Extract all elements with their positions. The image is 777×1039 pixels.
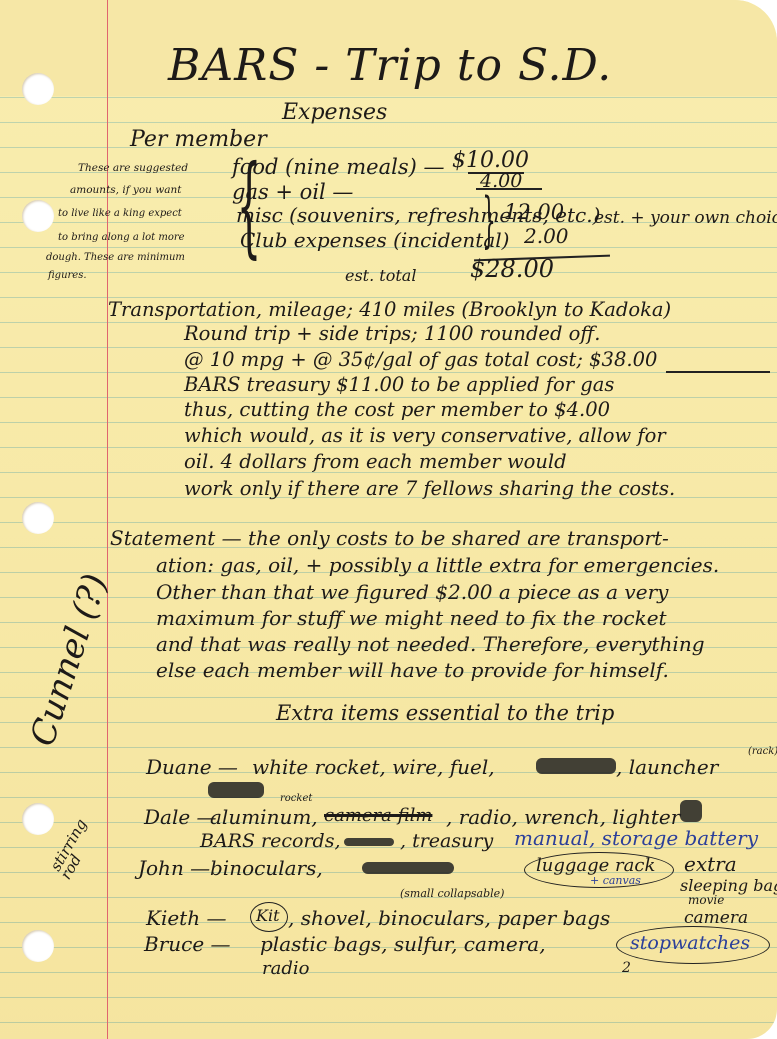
scribble-out — [680, 800, 702, 822]
expense-label: Club expenses (incidental) — [240, 228, 509, 252]
expense-note: est. + your own choice — [594, 208, 777, 228]
expense-amount: 2.00 — [524, 224, 569, 248]
binder-hole — [22, 502, 54, 534]
total-label: est. total — [345, 266, 416, 285]
scribble-out — [362, 862, 454, 874]
underline — [476, 188, 542, 190]
binder-hole — [22, 200, 54, 232]
binder-hole — [22, 803, 54, 835]
expenses-heading: Expenses — [282, 100, 387, 125]
scribble-out — [536, 758, 616, 774]
page-title: BARS - Trip to S.D. — [168, 40, 612, 91]
scribble-out — [344, 838, 394, 846]
scribble-out — [208, 782, 264, 798]
total-amount: $28.00 — [470, 255, 554, 283]
binder-hole — [22, 930, 54, 962]
expense-amount: 12.00 — [504, 200, 564, 224]
margin-note-vertical: Cunnel (?) — [23, 569, 116, 751]
margin-line — [107, 0, 108, 1039]
expense-label: gas + oil — — [232, 180, 353, 204]
expense-label: food (nine meals) — — [232, 155, 444, 179]
binder-hole — [22, 73, 54, 105]
notebook-page: BARS - Trip to S.D. Expenses Per member … — [0, 0, 777, 1039]
extra-items-heading: Extra items essential to the trip — [276, 701, 614, 725]
underline — [666, 371, 770, 373]
